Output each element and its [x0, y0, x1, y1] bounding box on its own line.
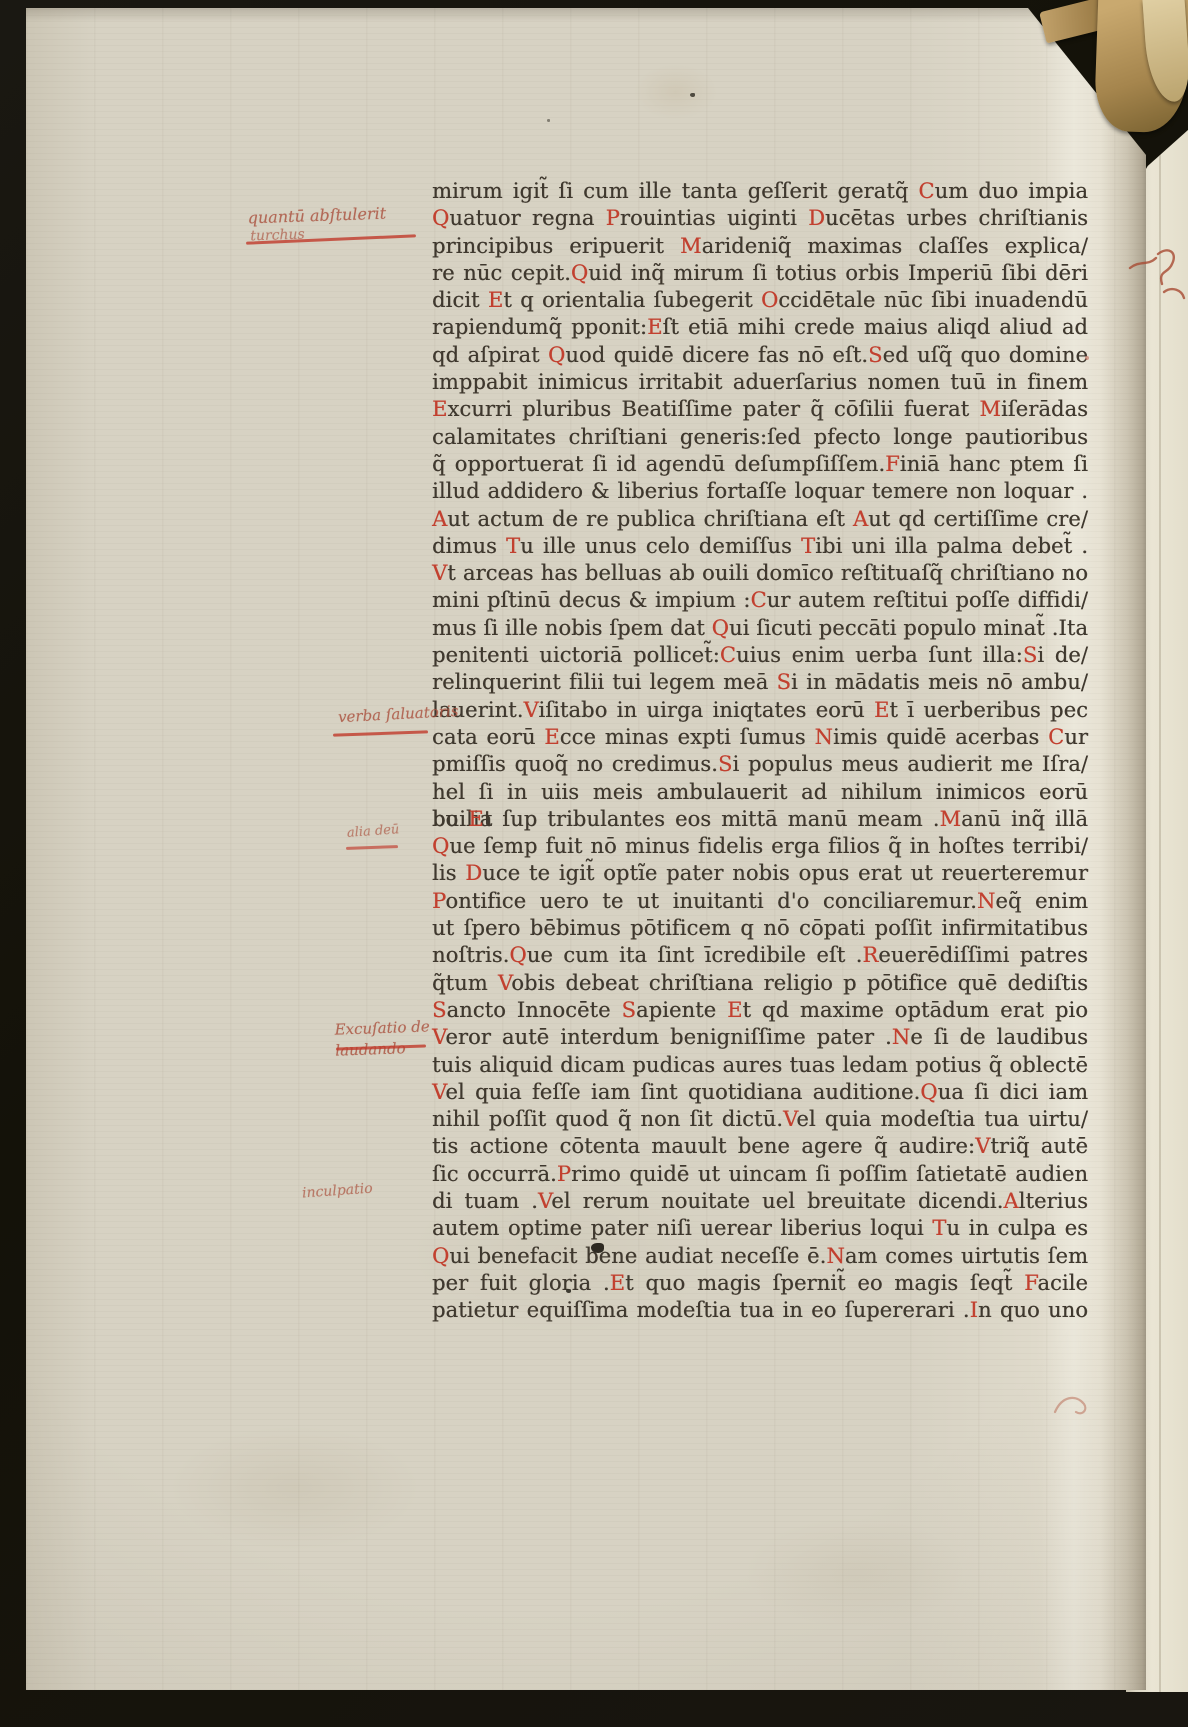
printed-text: t qd maxime optādum erat pio — [743, 998, 1088, 1022]
printed-text: q̃ opportuerat ſi id agendū deſumpſiſſem… — [432, 452, 885, 476]
text-line: calamitates chriſtiani generis:ſed pfect… — [432, 424, 1088, 451]
text-line: mini pſtinū decus & impium :Cur autem re… — [432, 587, 1088, 614]
rubricated-letter: P — [557, 1162, 571, 1186]
text-line: Veror autē interdum benigniſſime pater .… — [432, 1024, 1088, 1051]
text-line: penitenti uictoriā pollicet̃:Cuius enim … — [432, 642, 1088, 669]
text-line: dimus Tu ille unus celo demiſſus Tibi un… — [432, 533, 1088, 560]
printed-text: eq̃ enim — [995, 889, 1088, 913]
text-line: hel ſi in uiis meis ambulauerit ad nihil… — [432, 779, 1088, 806]
text-line: Excurri pluribus Beatiſſime pater q̃ cōſ… — [432, 396, 1088, 423]
printed-text: autem optime pater niſi uerear liberius … — [432, 1216, 932, 1240]
text-line: re nūc cepit.Quid inq̃ mirum ſi totius o… — [432, 260, 1088, 287]
rubricated-letter: E — [874, 698, 889, 722]
text-line: q̃tum Vobis debeat chriſtiana religio p … — [432, 970, 1088, 997]
printed-text: tuis aliquid dicam pudicas aures tuas le… — [432, 1053, 1088, 1077]
rubricated-letter: C — [1048, 725, 1064, 749]
printed-text: ccidētale nūc ſibi inuadendū — [778, 288, 1088, 312]
rubricated-letter: Q — [432, 834, 449, 858]
rubricated-letter: E — [727, 998, 742, 1022]
printed-text: ut qd certiſſime cre/ — [868, 507, 1088, 531]
text-line: qd aſpirat Quod quidē dicere fas nō eſt.… — [432, 342, 1088, 369]
text-line: Pontifice uero te ut inuitanti d'o conci… — [432, 888, 1088, 915]
printed-text: uatuor regna — [449, 206, 605, 230]
rubricated-letter: S — [432, 998, 447, 1022]
rubricated-letter: V — [498, 971, 511, 995]
ink-speck — [690, 93, 695, 97]
printed-text: imppabit inimicus irritabit aduerſarius … — [432, 370, 1088, 394]
rubricated-letter: I — [970, 1298, 978, 1322]
printed-text: principibus eripuerit — [432, 234, 680, 258]
ink-blot — [591, 1243, 604, 1253]
rubricated-letter: S — [777, 670, 792, 694]
rubricated-letter: C — [750, 588, 766, 612]
printed-text: uius enim uerba ſunt illa: — [736, 643, 1023, 667]
rubricated-letter: Q — [920, 1080, 937, 1104]
printed-text: ua ſi dici iam — [938, 1080, 1088, 1104]
text-line: q̃ opportuerat ſi id agendū deſumpſiſſem… — [432, 451, 1088, 478]
printed-text: bo — [432, 807, 468, 831]
printed-text: per fuit gloria . — [432, 1271, 610, 1295]
text-line: nihil poſſit quod q̃ non ſit dictū.Vel q… — [432, 1106, 1088, 1133]
red-ink-fleck — [1085, 356, 1089, 360]
rubricated-letter: P — [606, 206, 620, 230]
printed-text: ontifice uero te ut inuitanti d'o concil… — [445, 889, 977, 913]
text-line: mus ſi ille nobis ſpem dat Qui ſicuti pe… — [432, 615, 1088, 642]
printed-text: rouintias uiginti — [620, 206, 808, 230]
rubricated-letter: E — [647, 315, 662, 339]
text-line: principibus eripuerit Marideniq̃ maximas… — [432, 233, 1088, 260]
printed-text: q̃tum — [432, 971, 498, 995]
printed-text: i populus meus audierit me Iſra/ — [732, 752, 1088, 776]
printed-text: t ſup tribulantes eos mittā manū meam . — [484, 807, 940, 831]
printed-text: ur — [1064, 725, 1088, 749]
printed-text: tis actione cōtenta mauult bene agere q̃… — [432, 1134, 975, 1158]
text-line: illud addidero & liberius fortaſſe loqua… — [432, 478, 1088, 505]
rubricated-letter: V — [975, 1134, 990, 1158]
rubricated-letter: S — [718, 752, 733, 776]
text-line: pmiſſis quoq̃ no credimus.Si populus meu… — [432, 751, 1088, 778]
faded-margin-mark — [1052, 1390, 1096, 1420]
rubricated-letter: V — [538, 1189, 551, 1213]
text-line: Qui benefacit bene audiat neceſſe ē.Nam … — [432, 1243, 1088, 1270]
book-page-scan: mirum igit̃ ſi cum ille tanta geſſerit g… — [0, 0, 1188, 1727]
printed-text: uod quidē dicere fas nō eſt. — [565, 343, 868, 367]
printed-text: uid inq̃ mirum ſi totius orbis Imperiū ſ… — [588, 261, 1088, 285]
rubricated-letter: D — [465, 861, 482, 885]
printed-text: u in culpa es — [946, 1216, 1088, 1240]
printed-text: ibi uni illa palma debet̃ . — [815, 534, 1088, 558]
rubricated-letter: D — [808, 206, 825, 230]
text-line: di tuam .Vel rerum nouitate uel breuitat… — [432, 1188, 1088, 1215]
rubricated-letter: M — [939, 807, 961, 831]
text-line: lauerint.Viſitabo in uirga iniqtates eor… — [432, 697, 1088, 724]
printed-text: i in mādatis meis nō ambu/ — [791, 670, 1088, 694]
printed-text: u ille unus celo demiſſus — [520, 534, 801, 558]
rubricated-letter: V — [783, 1107, 796, 1131]
rubricated-letter: M — [680, 234, 702, 258]
rubricated-letter: O — [761, 288, 778, 312]
printed-text: arideniq̃ maximas claſſes explica/ — [702, 234, 1088, 258]
rubricated-letter: Q — [432, 206, 449, 230]
printed-text: qd aſpirat — [432, 343, 548, 367]
rubricated-letter: V — [432, 1080, 445, 1104]
text-line: per fuit gloria .Et quo magis ſpernit̃ e… — [432, 1270, 1088, 1297]
printed-text: relinquerint filii tui legem meā — [432, 670, 777, 694]
text-line: Sancto Innocēte Sapiente Et qd maxime op… — [432, 997, 1088, 1024]
text-line: Quatuor regna Prouintias uiginti Ducētas… — [432, 205, 1088, 232]
rubricated-letter: Q — [571, 261, 588, 285]
printed-text: penitenti uictoriā pollicet̃: — [432, 643, 720, 667]
printed-text: el rerum nouitate uel breuitate dicendi. — [551, 1189, 1003, 1213]
rubricated-letter: M — [979, 397, 1001, 421]
printed-text: xcurri pluribus Beatiſſime pater q̃ cōſi… — [447, 397, 979, 421]
rubricated-letter: Q — [712, 616, 729, 640]
printed-text: dicit — [432, 288, 488, 312]
printed-text: pmiſſis quoq̃ no credimus. — [432, 752, 718, 776]
rubricated-letter: E — [610, 1271, 625, 1295]
rubricated-letter: E — [432, 397, 447, 421]
printed-text: re nūc cepit. — [432, 261, 571, 285]
text-line: tuis aliquid dicam pudicas aures tuas le… — [432, 1052, 1088, 1079]
printed-text: calamitates chriſtiani generis:ſed pfect… — [432, 425, 1088, 449]
printed-text: lterius — [1019, 1189, 1088, 1213]
printed-text: iniā hanc ptem ſi — [900, 452, 1088, 476]
rubricated-letter: A — [853, 507, 868, 531]
printed-text: noſtris. — [432, 943, 509, 967]
rubricated-letter: A — [1003, 1189, 1018, 1213]
printed-text: iſerādas — [1001, 397, 1088, 421]
printed-text: t q orientalia ſubegerit — [503, 288, 761, 312]
printed-text: ſt etiā mihi crede maius aliqd aliud ad — [663, 315, 1088, 339]
rubricated-letter: T — [801, 534, 815, 558]
text-block: mirum igit̃ ſi cum ille tanta geſſerit g… — [432, 178, 1088, 1324]
printed-text: lis — [432, 861, 465, 885]
rubricated-letter: N — [814, 725, 832, 749]
ink-speck — [566, 1289, 571, 1293]
printed-text: illud addidero & liberius fortaſſe loqua… — [432, 479, 1088, 503]
rubricated-letter: E — [468, 807, 483, 831]
printed-text: i de/ — [1037, 643, 1088, 667]
printed-text: nihil poſſit quod q̃ non ſit dictū. — [432, 1107, 783, 1131]
margin-note: Excuſatio de laudando — [334, 1016, 430, 1061]
text-line: patietur equiſſima modeſtia tua in eo ſu… — [432, 1297, 1088, 1324]
rubricated-letter: Q — [548, 343, 565, 367]
text-line: dicit Et q orientalia ſubegerit Occidēta… — [432, 287, 1088, 314]
printed-text: di tuam . — [432, 1189, 538, 1213]
text-line: ſic occurrā.Primo quidē ut uincam ſi poſ… — [432, 1161, 1088, 1188]
text-line: Que ſemp fuit nō minus fidelis erga fili… — [432, 833, 1088, 860]
text-line: bo Et ſup tribulantes eos mittā manū mea… — [432, 806, 1088, 833]
rubricated-letter: C — [720, 643, 736, 667]
text-line: rapiendumq̃ pponit:Eſt etiā mihi crede m… — [432, 314, 1088, 341]
printed-text: el quia modeſtia tua uirtu/ — [796, 1107, 1088, 1131]
rubricated-letter: S — [868, 343, 883, 367]
printed-text: cata eorū — [432, 725, 544, 749]
printed-text: apiente — [636, 998, 727, 1022]
text-line: tis actione cōtenta mauult bene agere q̃… — [432, 1133, 1088, 1160]
text-line: mirum igit̃ ſi cum ille tanta geſſerit g… — [432, 178, 1088, 205]
rubricated-letter: P — [432, 889, 445, 913]
text-line: Aut actum de re publica chriſtiana eſt A… — [432, 506, 1088, 533]
rubricated-letter: V — [432, 1025, 445, 1049]
rubricated-letter: E — [488, 288, 503, 312]
printed-text: cce minas expti ſumus — [560, 725, 815, 749]
printed-text: mirum igit̃ ſi cum ille tanta geſſerit g… — [432, 179, 918, 203]
rubricated-letter: N — [826, 1244, 844, 1268]
printed-text: t arceas has belluas ab ouili domīco reſ… — [447, 561, 1088, 585]
rubricated-letter: Q — [509, 943, 526, 967]
printed-text: rimo quidē ut uincam ſi poſſim ſatietatē… — [571, 1162, 1088, 1186]
text-line: autem optime pater niſi uerear liberius … — [432, 1215, 1088, 1242]
text-line: Vt arceas has belluas ab ouili domīco re… — [432, 560, 1088, 587]
printed-text: um duo impia — [935, 179, 1088, 203]
margin-note-line: Excuſatio de — [334, 1016, 430, 1040]
printed-text: ui ſicuti peccāti populo minat̃ .Ita — [729, 616, 1088, 640]
printed-text: ue cum ita ſint īcredibile eſt . — [527, 943, 863, 967]
text-line: lis Duce te igit̃ optĩe pater nobis opus… — [432, 860, 1088, 887]
rubricated-letter: A — [432, 507, 447, 531]
printed-text: mini pſtinū decus & impium : — [432, 588, 750, 612]
printed-text: ſic occurrā. — [432, 1162, 557, 1186]
text-line: cata eorū Ecce minas expti ſumus Nimis q… — [432, 724, 1088, 751]
rubricated-letter: T — [932, 1216, 946, 1240]
printed-text: t ī uerberibus pec — [889, 698, 1088, 722]
facing-page-annotation-scribble — [1128, 240, 1188, 310]
printed-text: imis quidē acerbas — [833, 725, 1048, 749]
printed-text: n quo uno — [978, 1298, 1088, 1322]
text-line: ut ſpero bēbimus pōtificem q nō cōpati p… — [432, 915, 1088, 942]
rubricated-letter: T — [506, 534, 520, 558]
printed-text: ucētas urbes chriſtianis — [825, 206, 1088, 230]
rubricated-letter: N — [977, 889, 995, 913]
rubricated-letter: F — [885, 452, 900, 476]
text-line: imppabit inimicus irritabit aduerſarius … — [432, 369, 1088, 396]
printed-text: ut actum de re publica chriſtiana eſt — [447, 507, 853, 531]
printed-text: ur autem reſtitui poſſe diffidi/ — [767, 588, 1088, 612]
printed-text: anū inq̃ illā — [961, 807, 1088, 831]
rubricated-letter: Q — [432, 1244, 449, 1268]
rubricated-letter: S — [621, 998, 636, 1022]
rubricated-letter: S — [1023, 643, 1038, 667]
printed-text: ui benefacit bene audiat neceſſe ē. — [449, 1244, 826, 1268]
text-line: relinquerint filii tui legem meā Si in m… — [432, 669, 1088, 696]
printed-text: am comes uirtutis ſem — [845, 1244, 1088, 1268]
printed-text: acile — [1037, 1271, 1088, 1295]
text-line: Vel quia feſſe iam ſint quotidiana audit… — [432, 1079, 1088, 1106]
rubricated-letter: N — [892, 1025, 910, 1049]
rubricated-letter: V — [432, 561, 447, 585]
rubricated-letter: E — [544, 725, 559, 749]
printed-text: ed uſq̃ quo domine — [883, 343, 1088, 367]
rubricated-letter: C — [918, 179, 934, 203]
rubricated-letter: R — [862, 943, 878, 967]
printed-text: e ſi de laudibus — [910, 1025, 1088, 1049]
printed-text: ut ſpero bēbimus pōtificem q nō cōpati p… — [432, 916, 1088, 940]
rubricated-letter: F — [1024, 1271, 1037, 1295]
printed-text: patietur equiſſima modeſtia tua in eo ſu… — [432, 1298, 970, 1322]
printed-text: obis debeat chriſtiana religio p pōtific… — [511, 971, 1088, 995]
printed-text: t quo magis ſpernit̃ eo magis ſeqt̃ — [625, 1271, 1024, 1295]
printed-text: triq̃ autē — [990, 1134, 1088, 1158]
printed-text: rapiendumq̃ pponit: — [432, 315, 647, 339]
printed-text: mus ſi ille nobis ſpem dat — [432, 616, 712, 640]
printed-text: iſitabo in uirga iniqtates eorū — [538, 698, 874, 722]
printed-text: dimus — [432, 534, 506, 558]
rubricated-letter: V — [523, 698, 538, 722]
printed-text: eror autē interdum benigniſſime pater . — [445, 1025, 891, 1049]
printed-text: ue ſemp fuit nō minus fidelis erga filio… — [449, 834, 1088, 858]
printed-text: ancto Innocēte — [447, 998, 622, 1022]
ink-speck — [547, 119, 550, 122]
text-line: noſtris.Que cum ita ſint īcredibile eſt … — [432, 942, 1088, 969]
printed-text: el quia feſſe iam ſint quotidiana auditi… — [445, 1080, 920, 1104]
printed-text: uce te igit̃ optĩe pater nobis opus erat… — [482, 861, 1088, 885]
printed-text: euerēdiſſimi patres — [878, 943, 1088, 967]
